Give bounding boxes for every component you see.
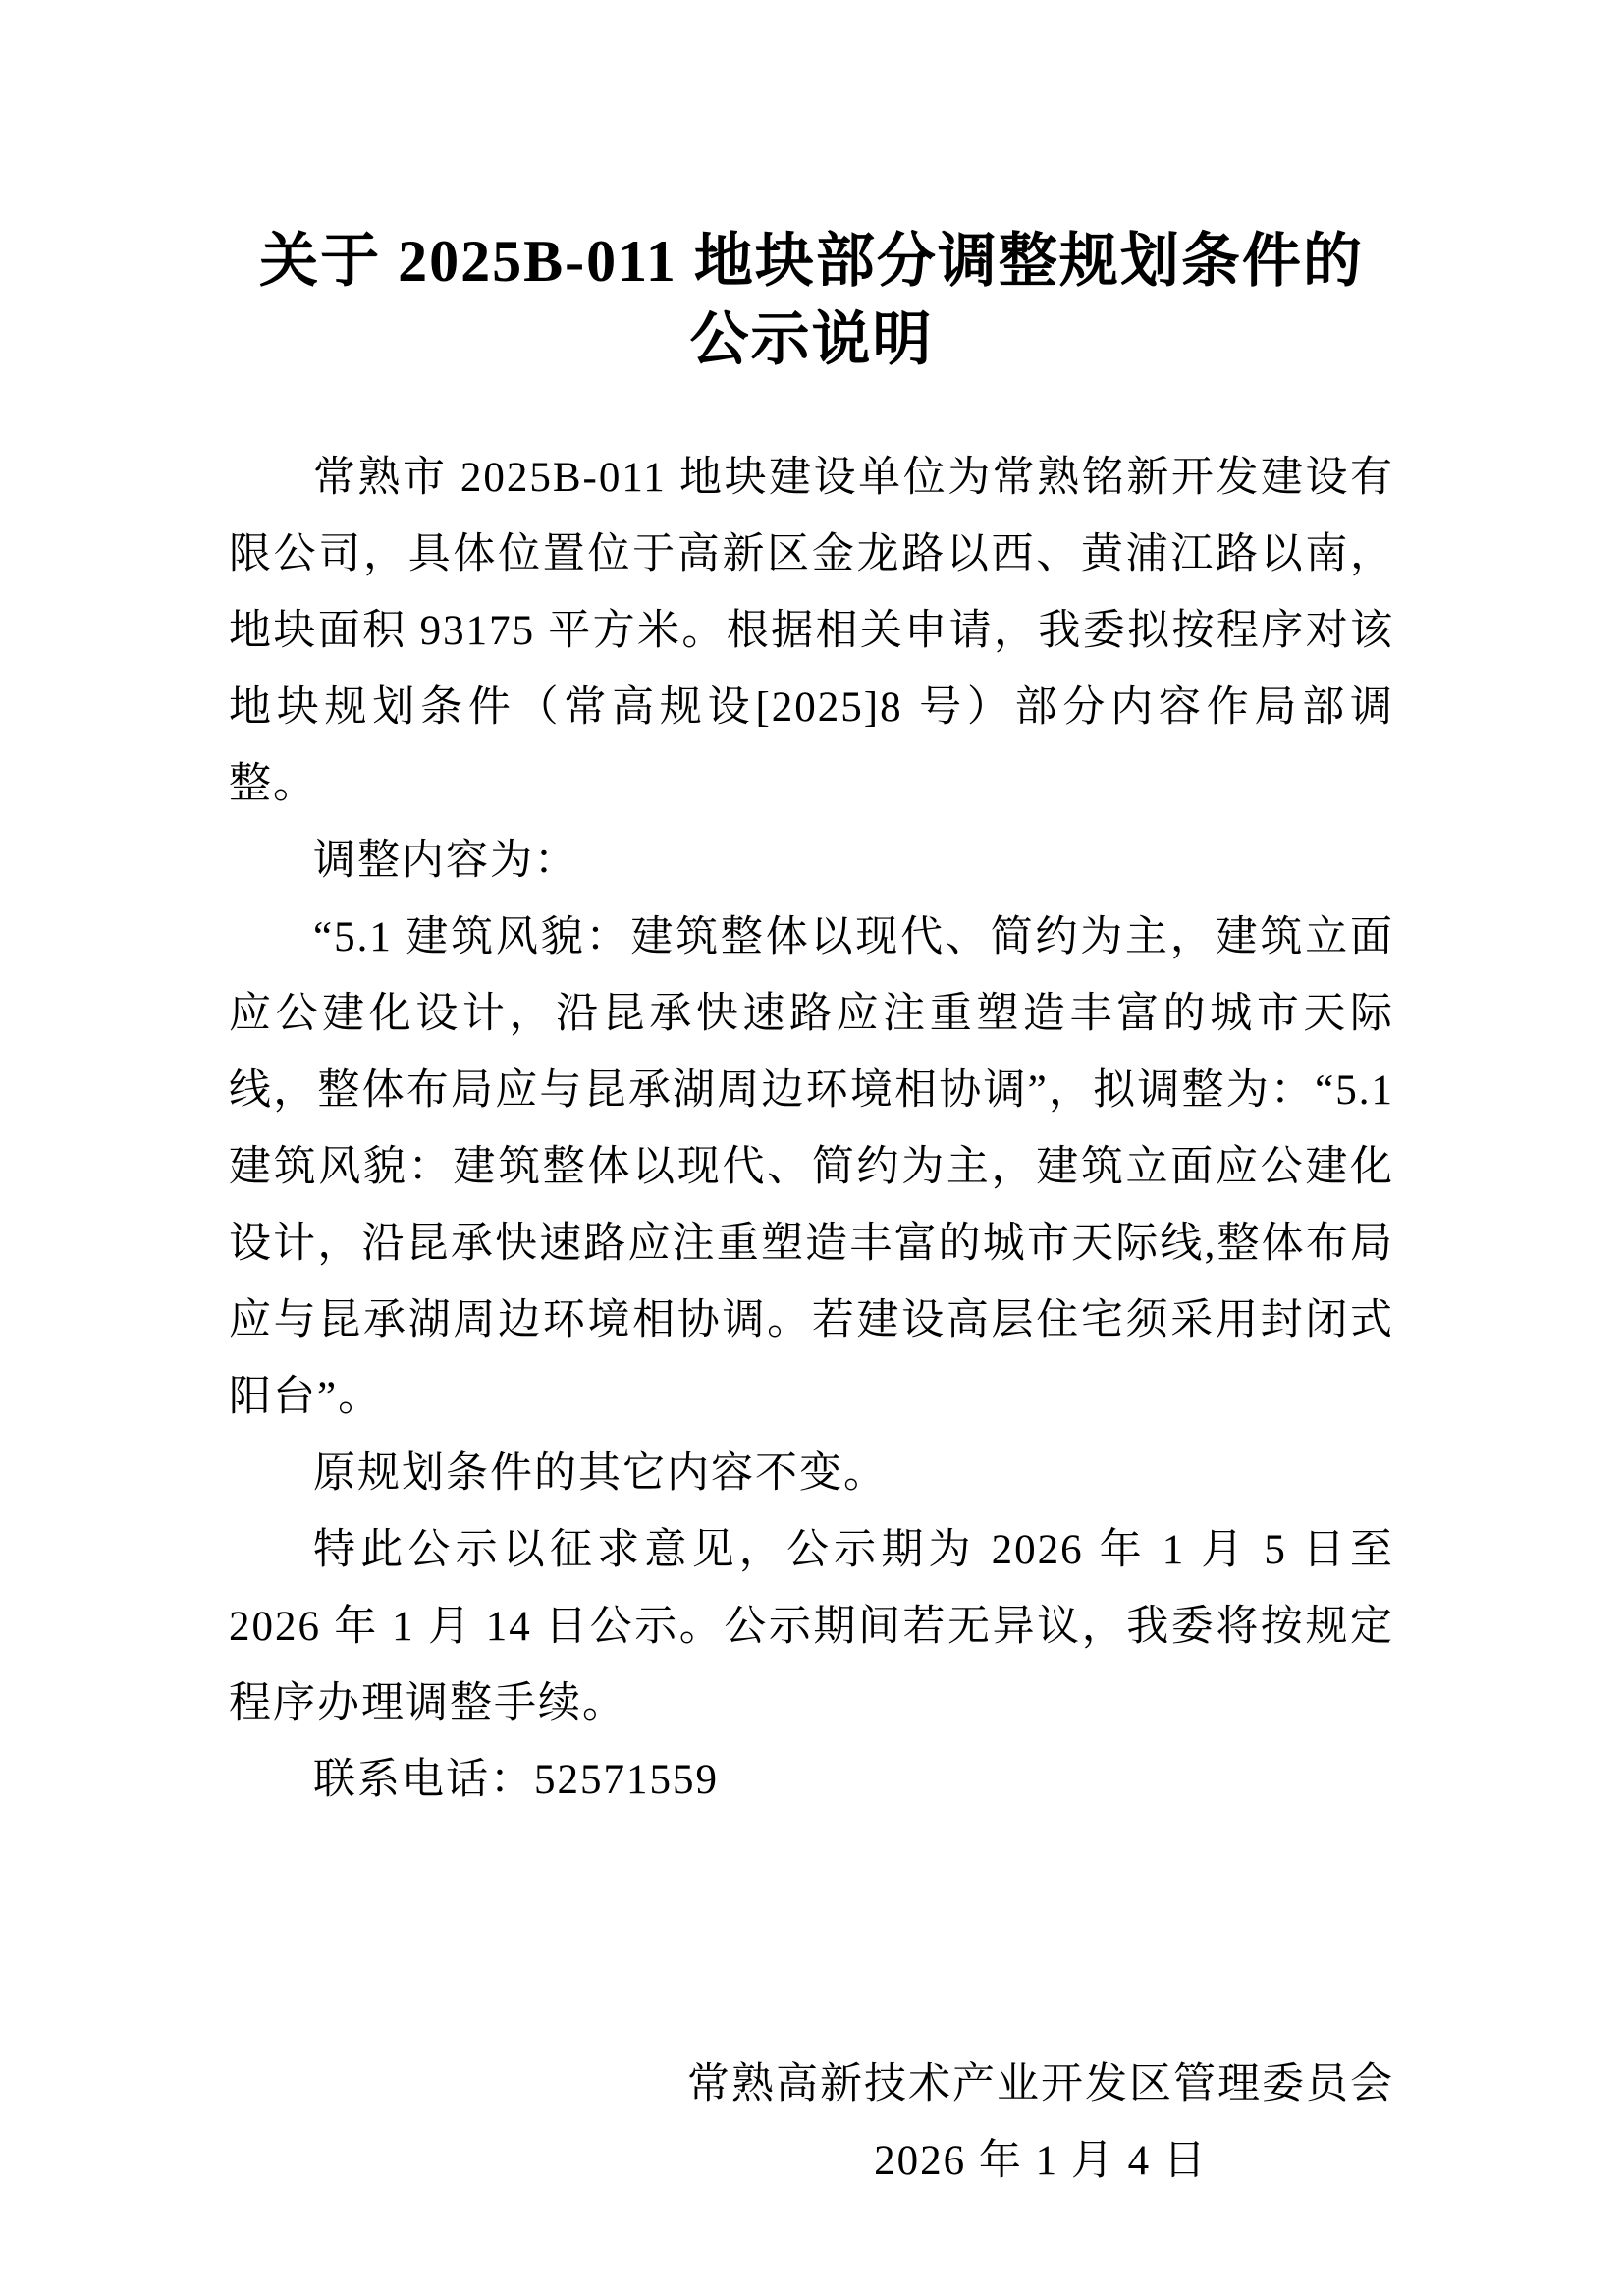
- document-body: 常熟市 2025B-011 地块建设单位为常熟铭新开发建设有限公司，具体位置位于…: [229, 440, 1394, 1819]
- document-title-line-2: 公示说明: [690, 307, 934, 372]
- document-title: 关于 2025B-011 地块部分调整规划条件的 公示说明: [229, 222, 1394, 379]
- issuing-authority: 常熟高新技术产业开发区管理委员会: [687, 2047, 1394, 2123]
- issue-date: 2026 年 1 月 4 日: [687, 2123, 1394, 2200]
- signature-block: 常熟高新技术产业开发区管理委员会 2026 年 1 月 4 日: [687, 2047, 1394, 2200]
- paragraph-contact-phone: 联系电话：52571559: [229, 1742, 1394, 1819]
- document-page: 关于 2025B-011 地块部分调整规划条件的 公示说明 常熟市 2025B-…: [0, 0, 1623, 2296]
- paragraph-unchanged-note: 原规划条件的其它内容不变。: [229, 1436, 1394, 1512]
- paragraph-adjustment-lead: 调整内容为：: [229, 823, 1394, 900]
- document-title-line-1: 关于 2025B-011 地块部分调整规划条件的: [259, 229, 1364, 294]
- paragraph-adjustment-content: “5.1 建筑风貌：建筑整体以现代、简约为主，建筑立面应公建化设计，沿昆承快速路…: [229, 900, 1394, 1436]
- paragraph-public-notice-period: 特此公示以征求意见，公示期为 2026 年 1 月 5 日至 2026 年 1 …: [229, 1512, 1394, 1742]
- paragraph-intro: 常熟市 2025B-011 地块建设单位为常熟铭新开发建设有限公司，具体位置位于…: [229, 440, 1394, 823]
